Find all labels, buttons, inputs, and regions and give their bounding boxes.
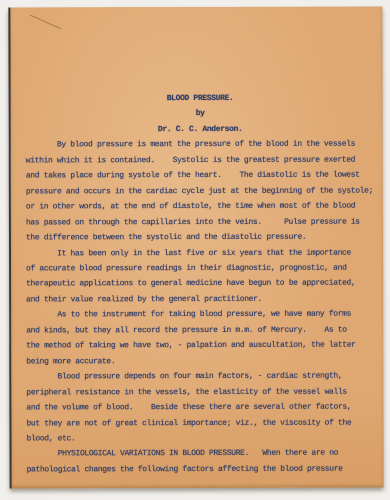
- document-byline: by: [26, 106, 375, 122]
- document-header: BLOOD PRESSURE. by Dr. C. C. Anderson.: [26, 91, 375, 138]
- paragraph-four-factors: Blood pressure depends on four main fact…: [26, 369, 375, 447]
- paragraph-intro-definition: By blood pressure is meant the pressure …: [26, 137, 375, 246]
- document-title: BLOOD PRESSURE.: [26, 91, 375, 107]
- scan-background: { "colors": { "paper": "#dfa873", "ink":…: [0, 0, 390, 500]
- document-page: BLOOD PRESSURE. by Dr. C. C. Anderson. B…: [8, 7, 383, 489]
- document-body: By blood pressure is meant the pressure …: [26, 137, 376, 478]
- paragraph-importance: It has been only in the last five or six…: [26, 245, 375, 308]
- document-author: Dr. C. C. Anderson.: [26, 121, 375, 137]
- paragraph-physiological-variations: PHYSIOLOGICAL VARIATIONS IN BLOOD PRESSU…: [27, 446, 376, 478]
- paragraph-instrument: As to the instrument for taking blood pr…: [26, 307, 375, 370]
